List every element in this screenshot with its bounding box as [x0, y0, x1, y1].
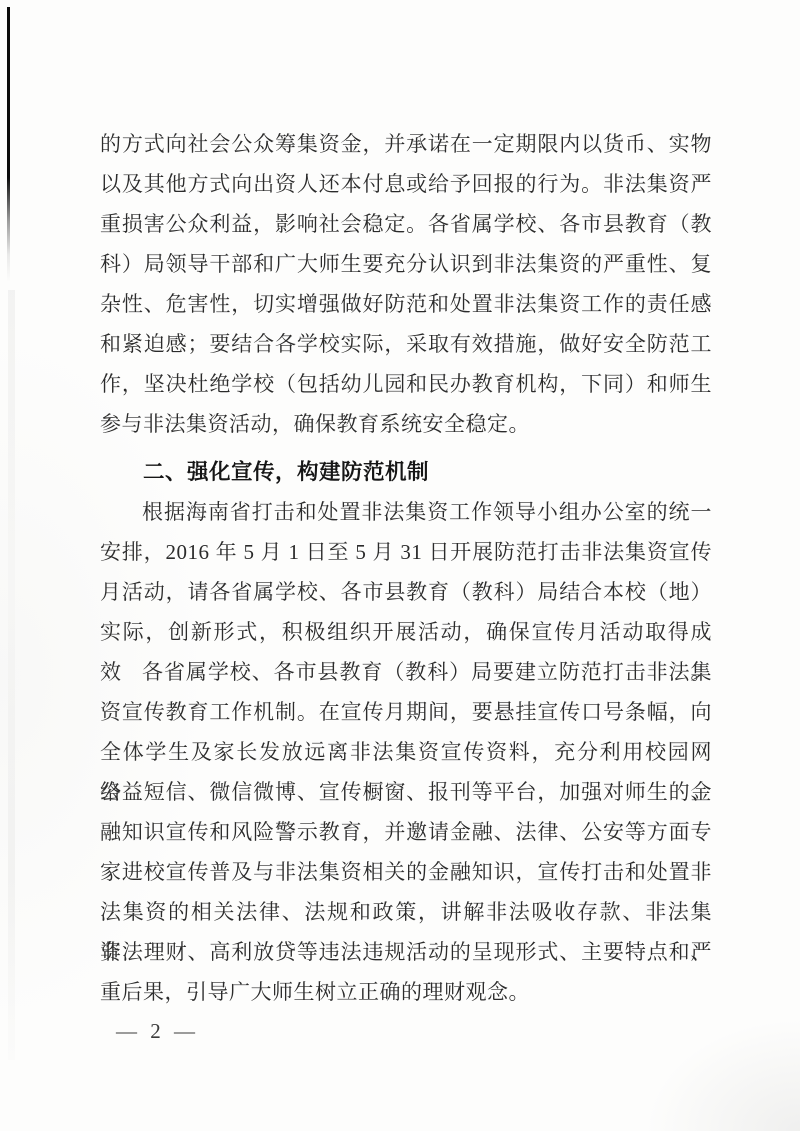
text-line: 安排，2016 年 5 月 1 日至 5 月 31 日开展防范打击非法集资宣传: [100, 532, 712, 572]
text-line: 参与非法集资活动，确保教育系统安全稳定。: [100, 404, 712, 444]
text-line: 以及其他方式向出资人还本付息或给予回报的行为。非法集资严: [100, 164, 712, 204]
text-line: 的方式向社会公众筹集资金，并承诺在一定期限内以货币、实物: [100, 124, 712, 164]
scan-edge-artifact: [7, 7, 10, 282]
page-number: — 2 —: [116, 1018, 199, 1044]
document-body: 的方式向社会公众筹集资金，并承诺在一定期限内以货币、实物 以及其他方式向出资人还…: [100, 124, 712, 1012]
text-line: 融知识宣传和风险警示教育，并邀请金融、法律、公安等方面专: [100, 812, 712, 852]
text-line: 公益短信、微信微博、宣传橱窗、报刊等平台，加强对师生的金: [100, 772, 712, 812]
text-line: 作，坚决杜绝学校（包括幼儿园和民办教育机构，下同）和师生: [100, 364, 712, 404]
scanned-document-page: 的方式向社会公众筹集资金，并承诺在一定期限内以货币、实物 以及其他方式向出资人还…: [0, 0, 800, 1131]
text-line: 和紧迫感；要结合各学校实际，采取有效措施，做好安全防范工: [100, 324, 712, 364]
paragraph-continued: 的方式向社会公众筹集资金，并承诺在一定期限内以货币、实物 以及其他方式向出资人还…: [100, 124, 712, 444]
text-line: 月活动，请各省属学校、各市县教育（教科）局结合本校（地）: [100, 572, 712, 612]
text-line: 科）局领导干部和广大师生要充分认识到非法集资的严重性、复: [100, 244, 712, 284]
paragraph: 根据海南省打击和处置非法集资工作领导小组办公室的统一 安排，2016 年 5 月…: [100, 492, 712, 652]
text-line: 非法理财、高利放贷等违法违规活动的呈现形式、主要特点和严: [100, 932, 712, 972]
text-line: 各省属学校、各市县教育（教科）局要建立防范打击非法集: [100, 652, 712, 692]
text-line: 资宣传教育工作机制。在宣传月期间，要悬挂宣传口号条幅，向: [100, 692, 712, 732]
section-heading: 二、强化宣传，构建防范机制: [100, 452, 712, 492]
text-line: 重损害公众利益，影响社会稳定。各省属学校、各市县教育（教: [100, 204, 712, 244]
text-line: 杂性、危害性，切实增强做好防范和处置非法集资工作的责任感: [100, 284, 712, 324]
text-line: 法集资的相关法律、法规和政策，讲解非法吸收存款、非法集资、: [100, 892, 712, 932]
text-line: 全体学生及家长发放远离非法集资宣传资料，充分利用校园网络、: [100, 732, 712, 772]
text-line: 家进校宣传普及与非法集资相关的金融知识，宣传打击和处置非: [100, 852, 712, 892]
text-line: 根据海南省打击和处置非法集资工作领导小组办公室的统一: [100, 492, 712, 532]
text-line: 重后果，引导广大师生树立正确的理财观念。: [100, 972, 712, 1012]
paragraph: 各省属学校、各市县教育（教科）局要建立防范打击非法集 资宣传教育工作机制。在宣传…: [100, 652, 712, 1012]
scan-edge-smudge: [8, 290, 15, 1060]
text-line: 实际，创新形式，积极组织开展活动，确保宣传月活动取得成效。: [100, 612, 712, 652]
